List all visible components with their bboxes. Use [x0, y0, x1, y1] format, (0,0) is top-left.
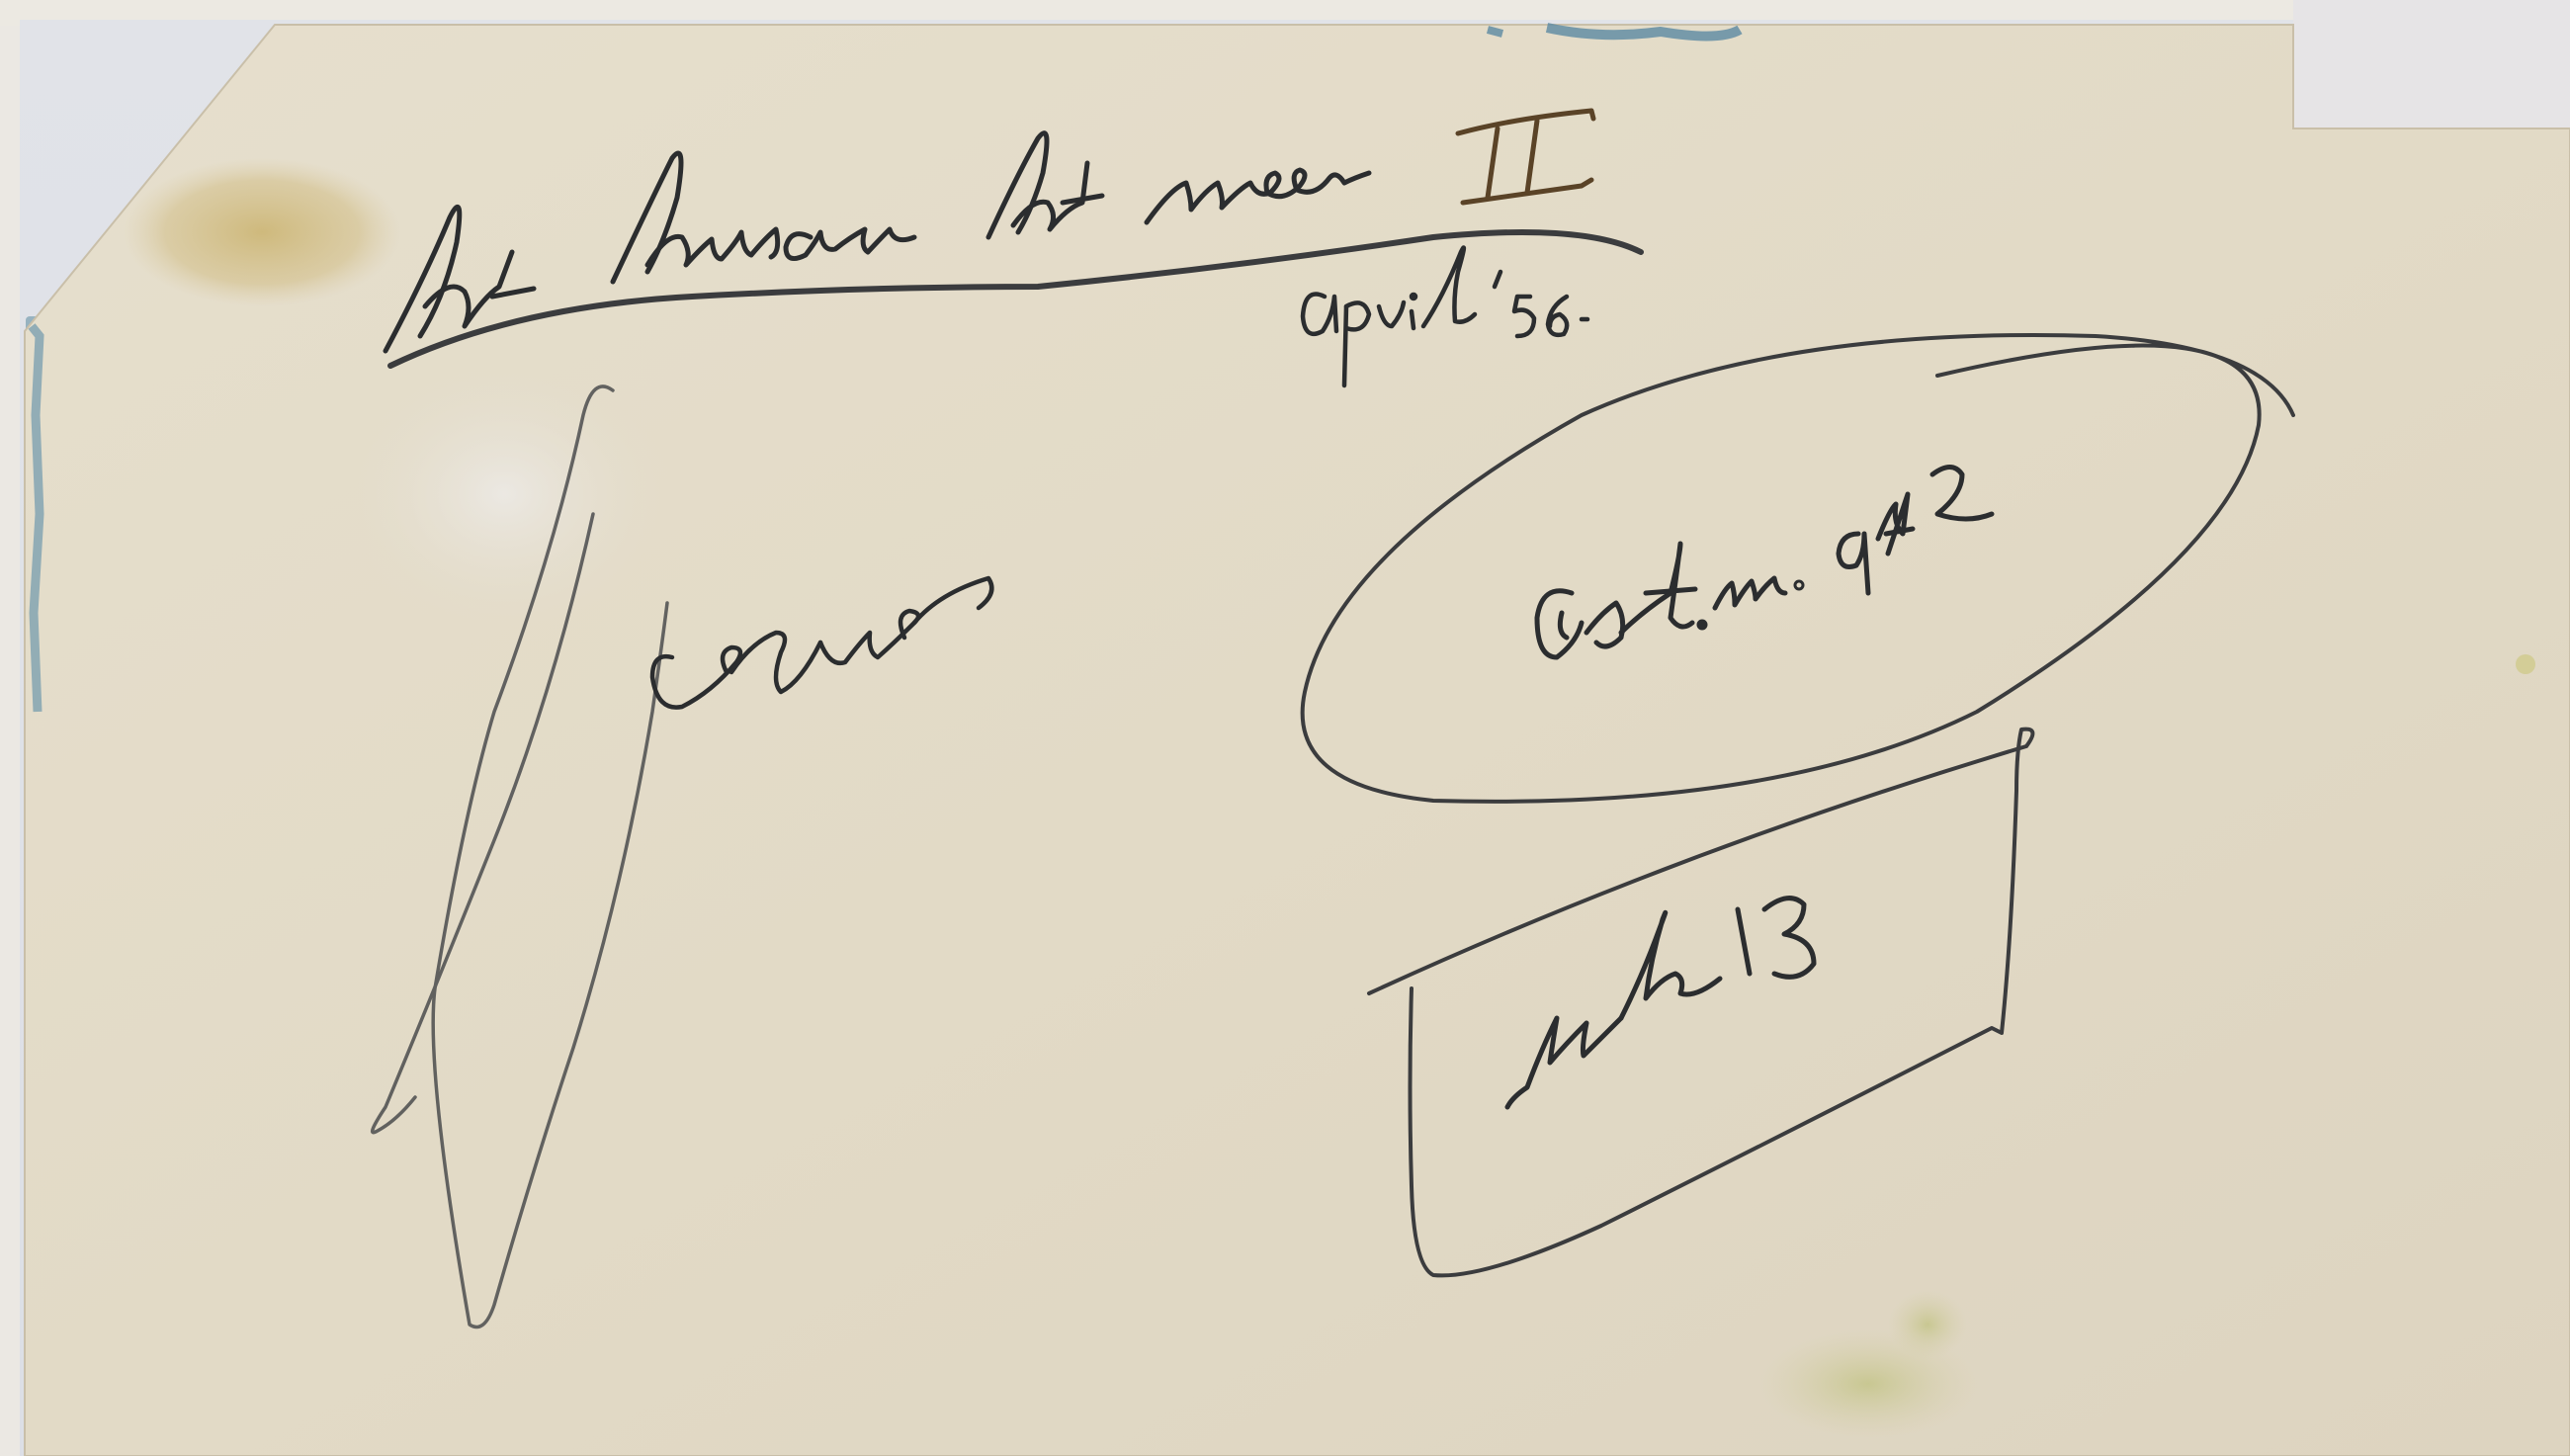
- ochre-stain: [124, 158, 400, 306]
- artwork-reverse-scene: het huis aan het meer II april '56 cat. …: [0, 0, 2570, 1456]
- title-numeral-text: II: [1416, 140, 1499, 251]
- bleached-patch: [336, 356, 672, 633]
